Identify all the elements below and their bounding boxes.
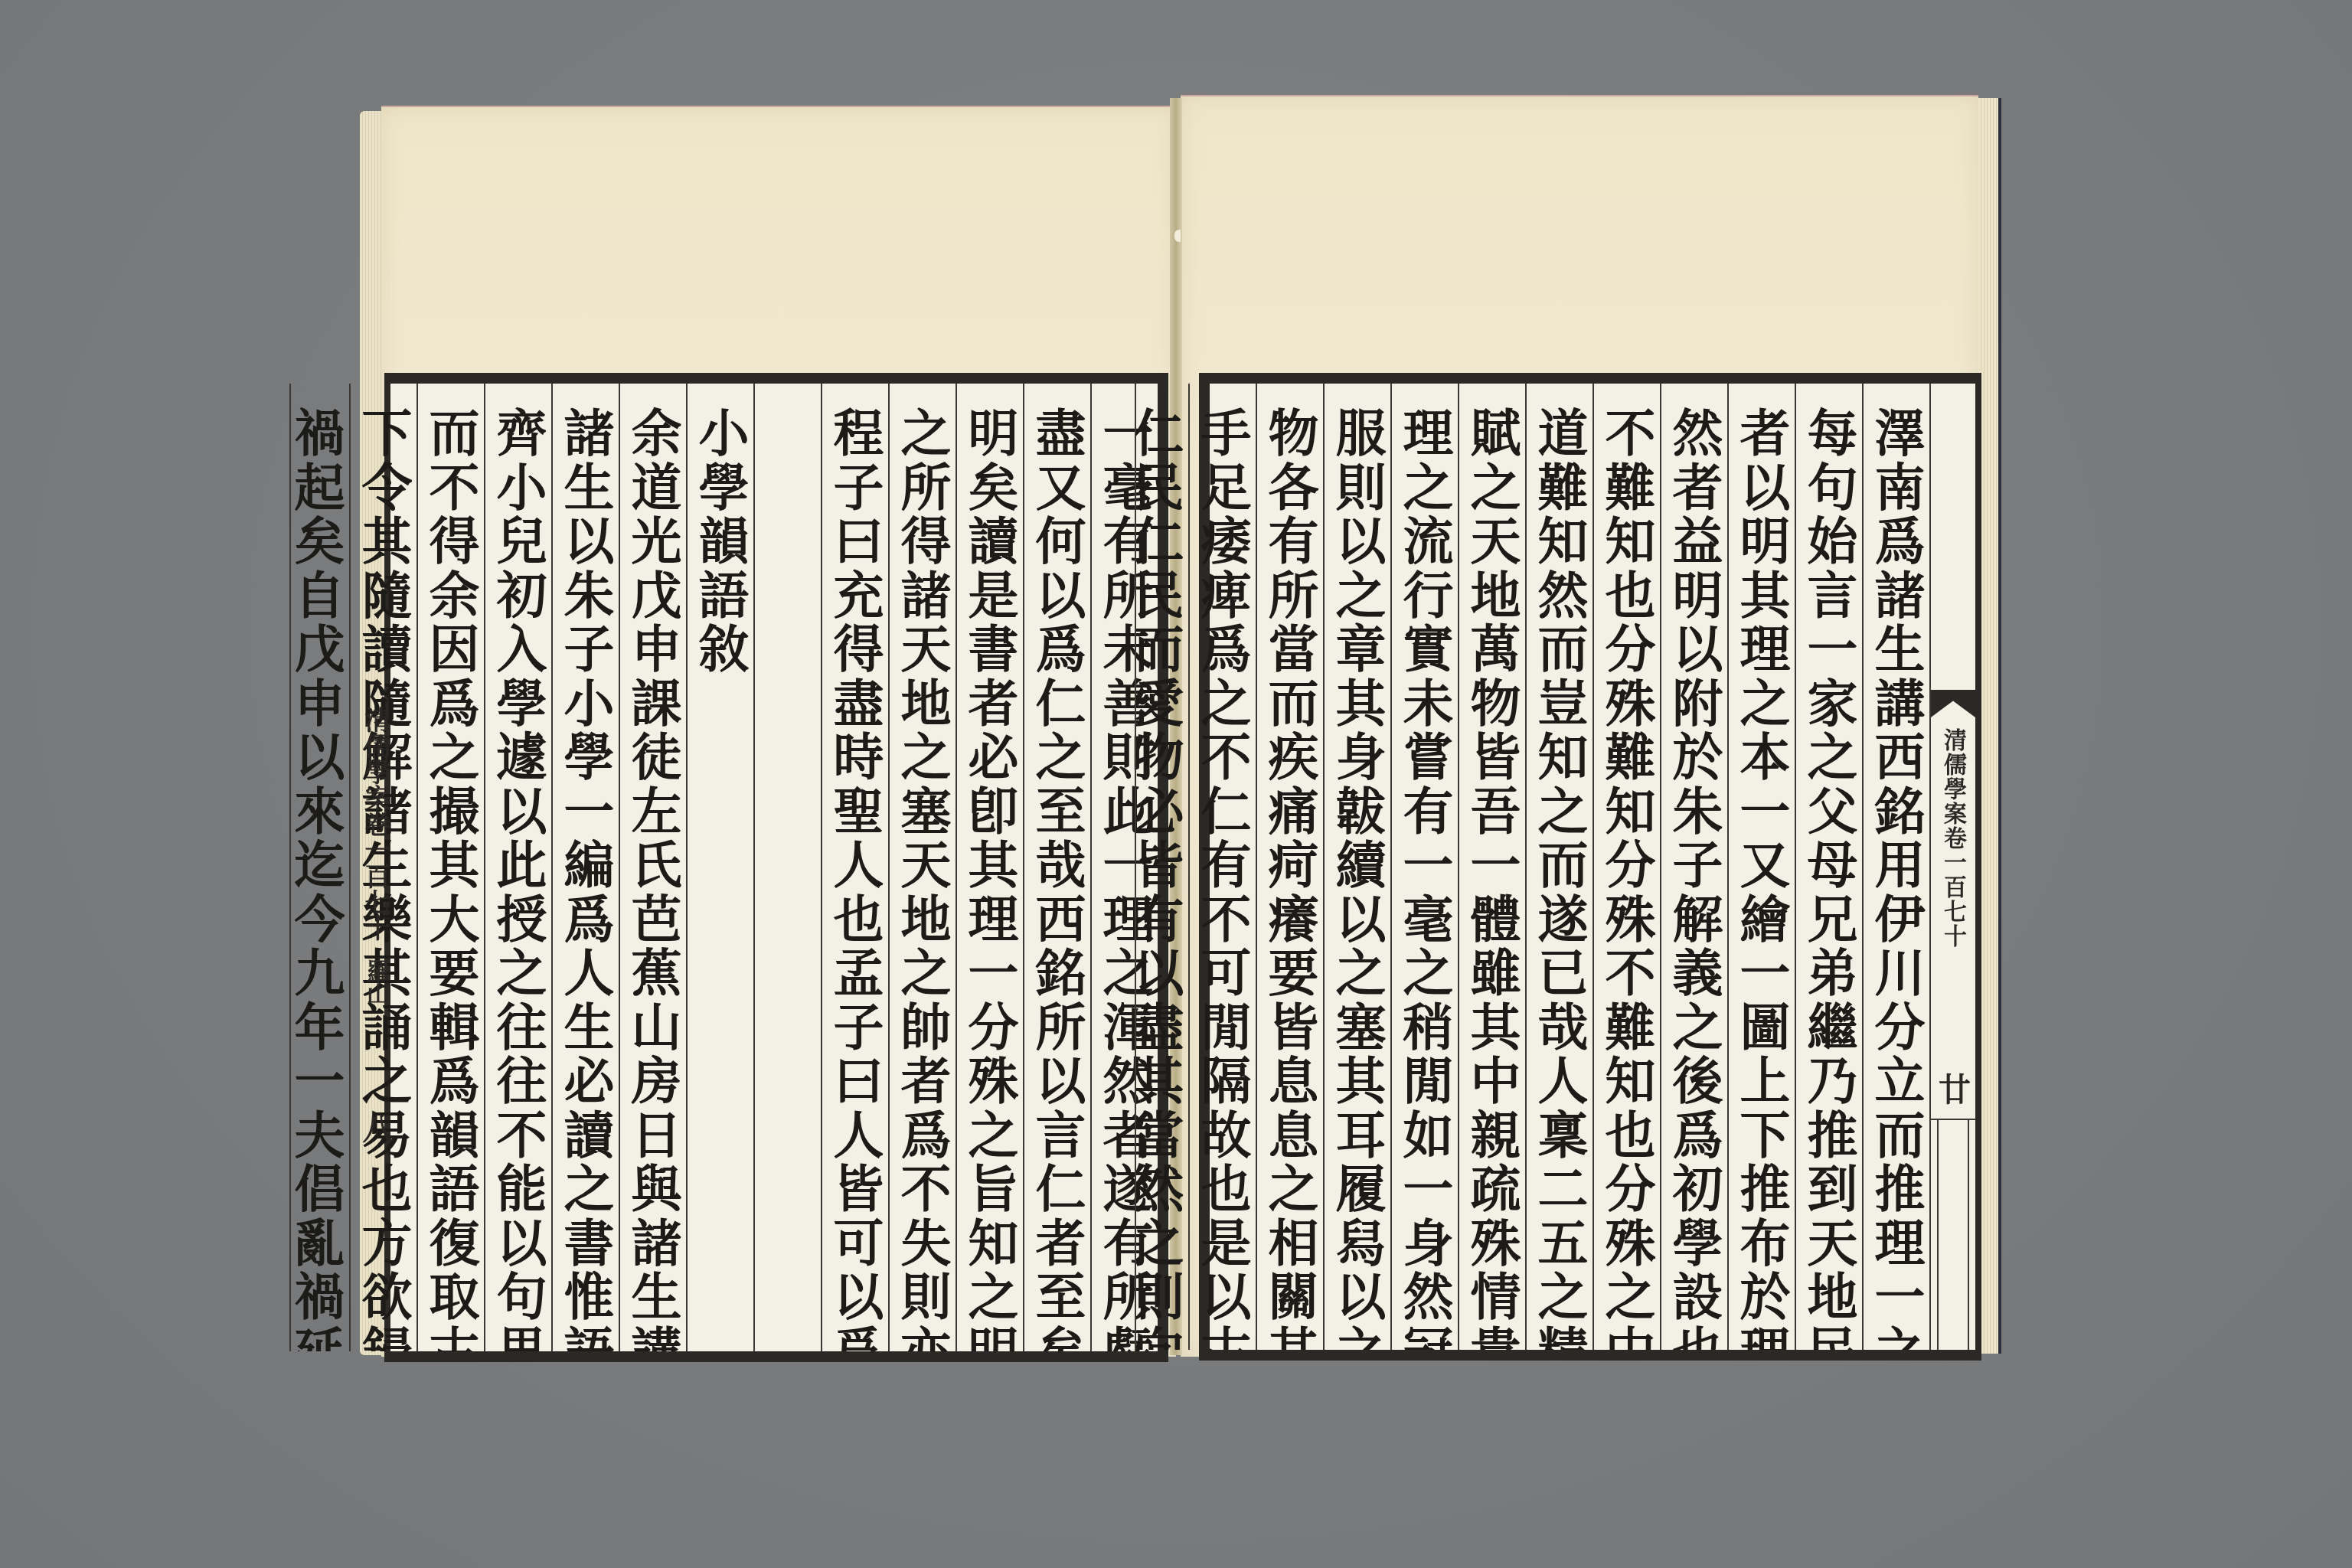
text-column: 仁民仁民而愛物必皆有以盡其當然之則向使於分殊之處: [1135, 384, 1188, 1350]
banxin-lower-box: [1931, 1119, 1975, 1350]
text-column: 賦之天地萬物皆吾一體雖其中親疏殊情貴賤異等而其天: [1458, 384, 1525, 1350]
left-banxin-volume: 卷一百七十: [360, 811, 390, 941]
left-print-frame: 一毫有所未善則此一理之渾然者遂有所虧而莫周義之不 盡又何以爲仁之至哉西銘所以言仁…: [384, 373, 1168, 1362]
text-column: 物各有所當而疾痛疴癢要皆息息之相關其氣稍有不貫則: [1256, 384, 1323, 1350]
text-column: 然者益明以附於朱子解義之後爲初學設也夫西銘之理一: [1660, 384, 1727, 1350]
fishtail-mark-icon: [1931, 690, 1975, 717]
left-banxin-section: 羅山: [360, 959, 390, 1005]
text-column: 余道光戊申課徒左氏芭蕉山房日與諸生講小學大學之方: [619, 384, 686, 1351]
right-banxin-title: 清儒學案: [1939, 728, 1966, 826]
text-column: 服則以之章其身韍續以之塞其耳履舄以之重其足隨形付: [1323, 384, 1390, 1350]
gutter-thread-notch: [1174, 230, 1181, 242]
text-column: 每句始言一家之父母兄弟繼乃推到天地民物因其分之立: [1795, 384, 1862, 1350]
text-column: 道難知然而豈知之而遂已哉人稟二五之精以生理卽從而: [1525, 384, 1592, 1350]
text-column: 齊小兒初入學遽以此授之往往不能以句思欲有以便於讀: [484, 384, 551, 1351]
text-column: 禍起矣自戊申以來迄今九年一夫倡亂禍延東南天下絃誦: [289, 384, 349, 1351]
text-column: 手足痿痺爲之不仁有不可閒隔故也是以古之君子親親而: [1188, 384, 1256, 1350]
left-page-fold-margin: 清儒學案卷一百七十 羅山 八: [360, 377, 390, 1336]
text-column: 程子曰充得盡時聖人也孟子曰人皆可以爲堯舜: [821, 384, 888, 1351]
left-banxin-title: 清儒學案: [360, 707, 390, 811]
blank-column: [753, 384, 821, 1351]
right-print-frame: 清儒學案卷一百七十 廿 澤南爲諸生講西銘用伊川分立而推理一之旨作講義示之 每句始…: [1199, 373, 1981, 1361]
right-text-columns: 清儒學案卷一百七十 廿 澤南爲諸生講西銘用伊川分立而推理一之旨作講義示之 每句始…: [1210, 384, 1975, 1350]
text-column: 明矣讀是書者必卽其理一分殊之旨知之明復處之當俾吾: [955, 384, 1023, 1351]
left-text-columns: 一毫有所未善則此一理之渾然者遂有所虧而莫周義之不 盡又何以爲仁之至哉西銘所以言仁…: [390, 384, 1158, 1351]
text-column: 諸生以朱子小學一編爲人生必讀之書惟語句長短參差不: [551, 384, 619, 1351]
text-column: 理之流行實未嘗有一毫之稍閒如一身然冠則以之尊其首: [1390, 384, 1458, 1350]
right-banxin-page-number: 廿: [1931, 1073, 1975, 1105]
text-column: 之所得諸天地之塞天地之帥者爲不失則亦庶乎其克肖矣: [888, 384, 955, 1351]
right-banxin-volume: 卷一百七十: [1939, 826, 1966, 949]
text-column: 而不得余因爲之撮其大要輯爲韻語復取古人註疏附於其: [416, 384, 484, 1351]
text-column: 澤南爲諸生講西銘用伊川分立而推理一之旨作講義示之: [1862, 384, 1929, 1350]
text-column: 盡又何以爲仁之至哉西銘所以言仁者至矣所以言義者亦: [1023, 384, 1090, 1351]
right-banxin: 清儒學案卷一百七十 廿: [1929, 384, 1975, 1350]
text-column: 不難知也分殊難知分殊不難知也分殊之中各有其處之之: [1592, 384, 1660, 1350]
section-title-column: 小學韻語敘: [686, 384, 753, 1351]
text-column: 者以明其理之本一又繪一圖上下推布於理一之中分之森: [1727, 384, 1795, 1350]
left-banxin-page-number: 八: [360, 1112, 390, 1143]
